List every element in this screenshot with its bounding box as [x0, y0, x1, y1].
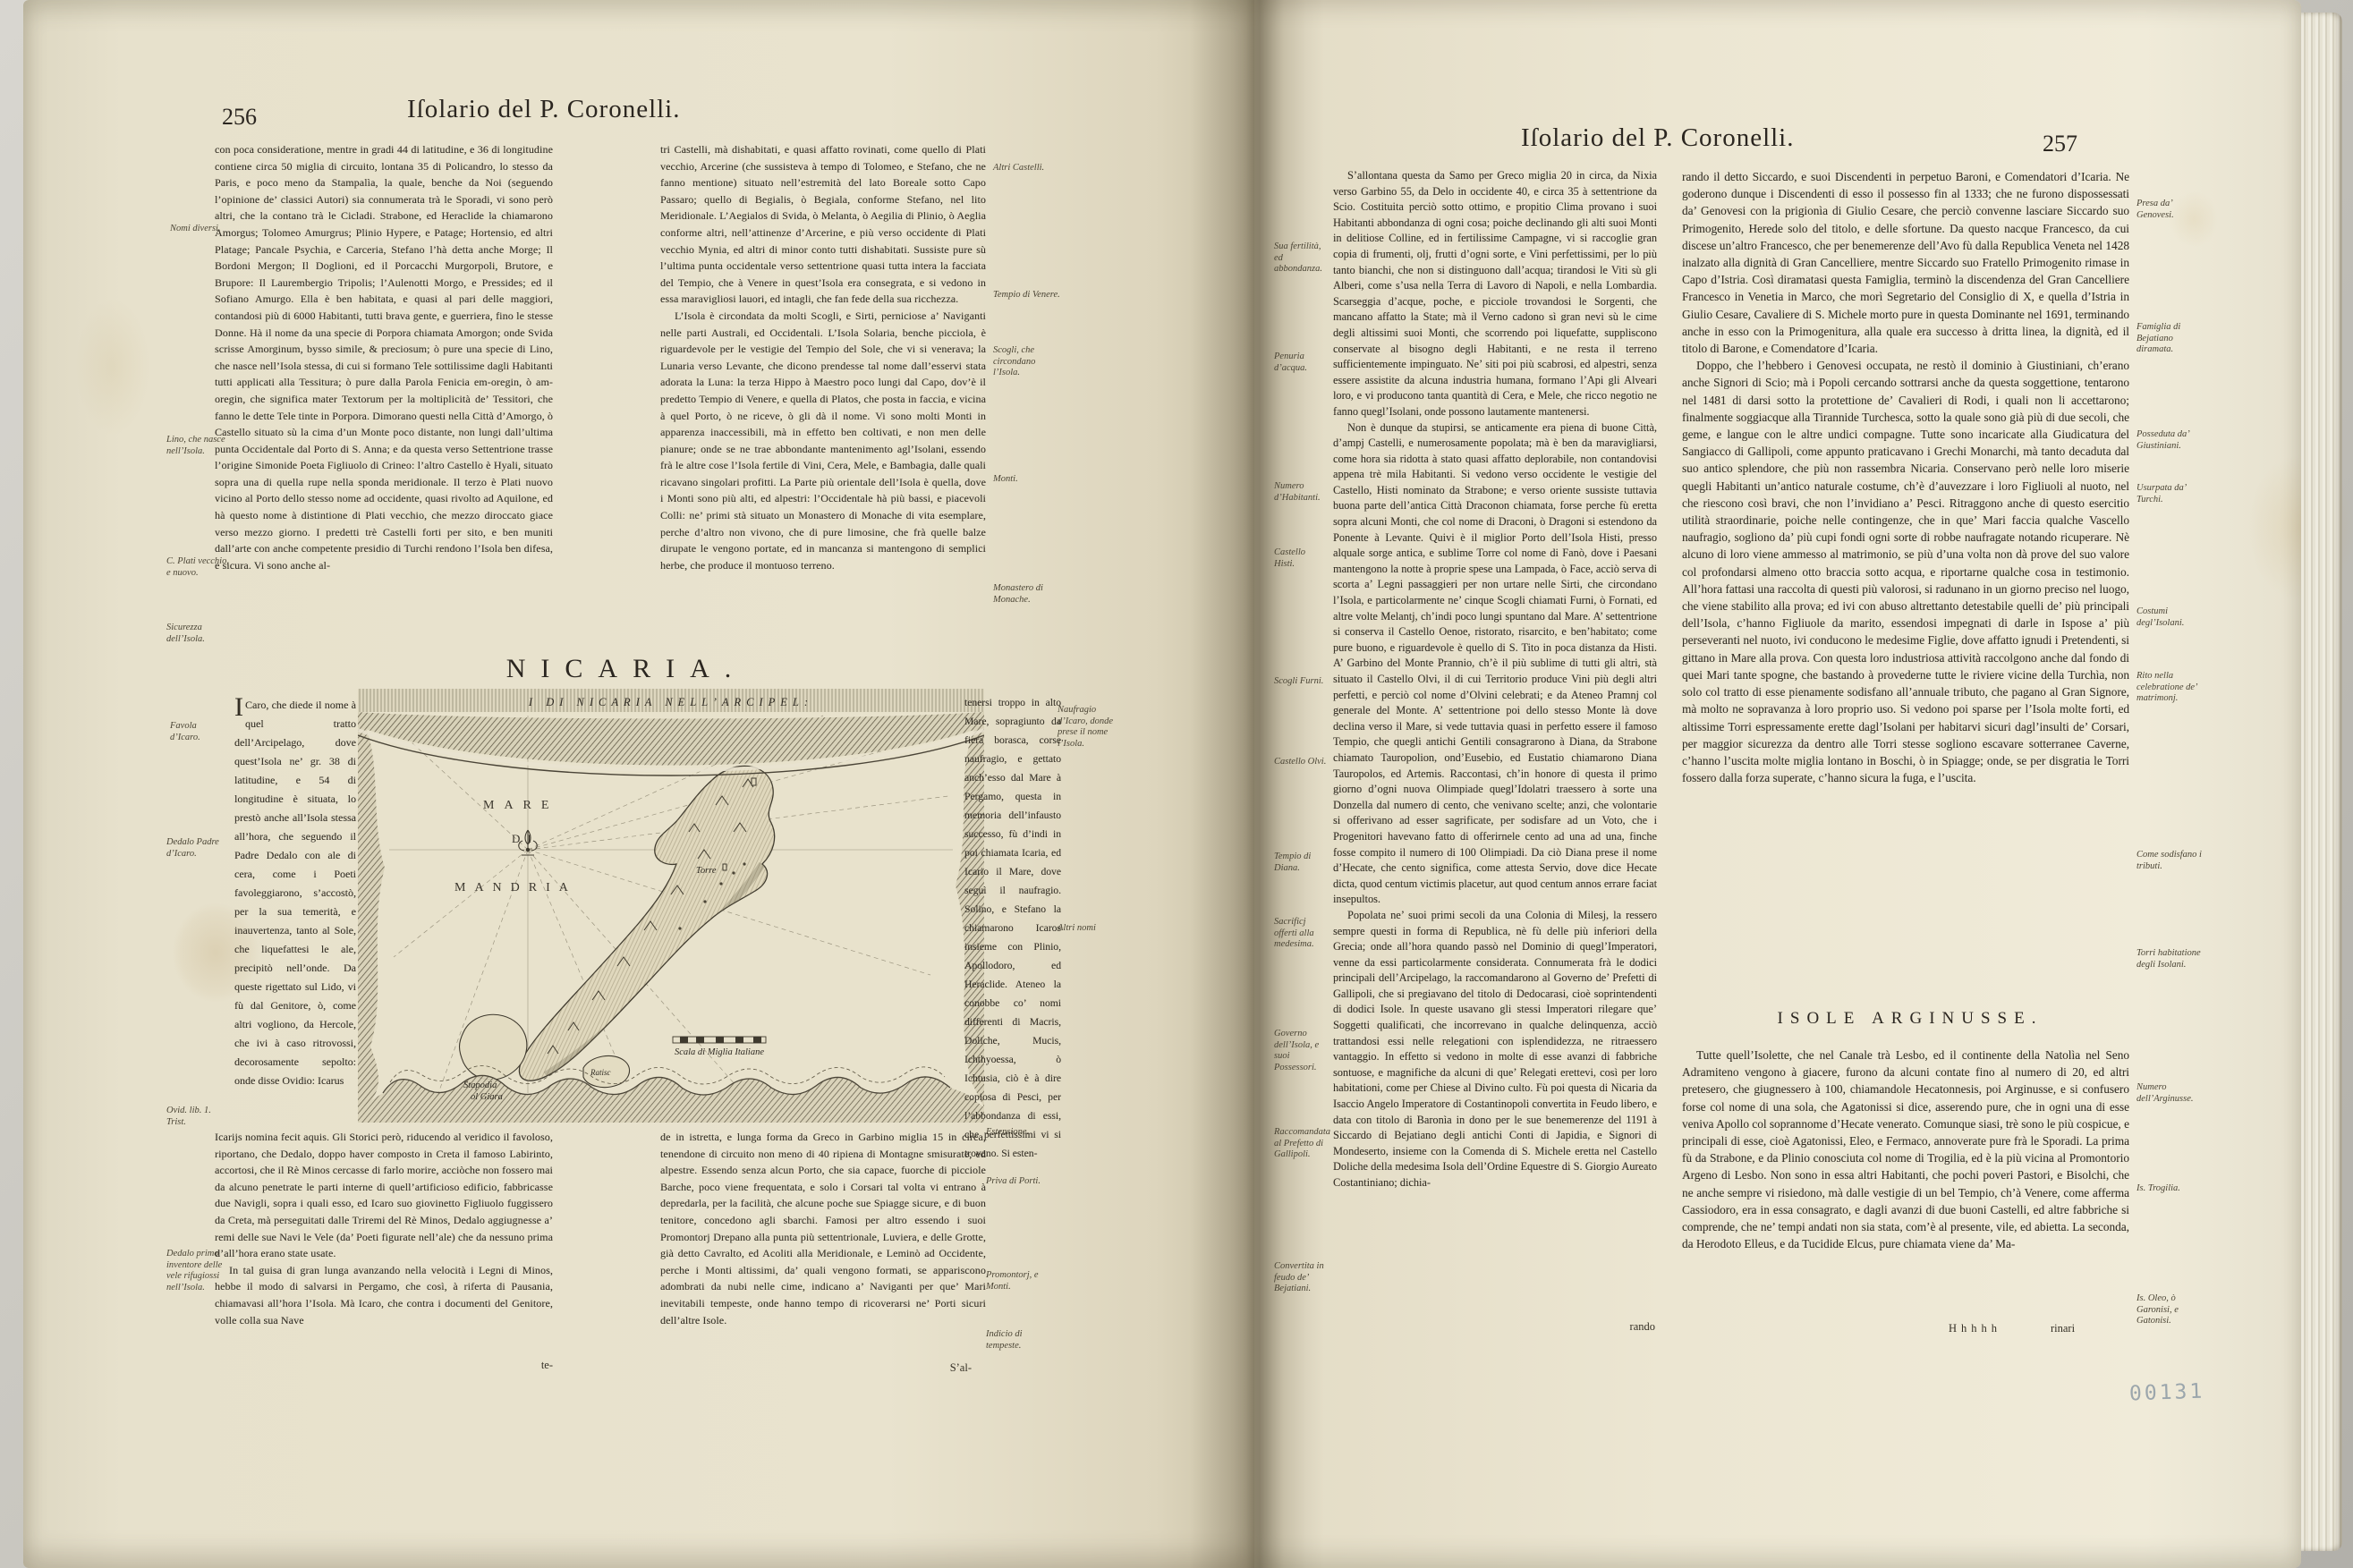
margin-note: Indicio di tempeste. — [986, 1329, 1050, 1352]
margin-note: Usurpata da’ Turchi. — [2136, 483, 2204, 505]
margin-note: Priva di Porti. — [986, 1176, 1050, 1188]
section-heading-arginusse: ISOLE ARGINUSSE. — [1700, 1009, 2120, 1029]
map-title-heading: NICARIA. — [376, 654, 877, 684]
margin-note: Convertita in feudo de’ Bejatiani. — [1274, 1261, 1328, 1295]
stapodia-label-2: ol Giara — [471, 1092, 503, 1102]
paragraph: tri Castelli, mà dishabitati, e quasi af… — [660, 141, 986, 308]
stapodia-label-1: Stapodia — [463, 1081, 497, 1090]
running-title-left: Iſolario del P. Coronelli. — [407, 95, 681, 124]
paragraph: Doppo, che l’hebbero i Genovesi occupata… — [1682, 357, 2129, 786]
page-edges — [2301, 13, 2342, 1551]
margin-note: Torri habitatione degli Isolani. — [2136, 948, 2204, 970]
paragraph: S’allontana questa da Samo per Greco mig… — [1333, 168, 1657, 420]
margin-note: Altri Castelli. — [993, 163, 1061, 174]
paragraph: In tal guisa di gran lunga avanzando nel… — [215, 1262, 553, 1328]
margin-note: Penuria d’acqua. — [1274, 352, 1328, 374]
paragraph: Non è dunque da stupirsi, se anticamente… — [1333, 420, 1657, 908]
margin-note: Presa da’ Genovesi. — [2136, 199, 2204, 221]
margin-note: Tempio di Venere. — [993, 290, 1061, 301]
margin-note: Famiglia di Bejatiano diramata. — [2136, 322, 2204, 356]
catchword: rinari — [2051, 1322, 2122, 1335]
right-column-2-arginusse: Tutte quell’Isolette, che nel Canale trà… — [1682, 1047, 2129, 1315]
margin-note: Is. Trogilia. — [2136, 1183, 2204, 1195]
torre-label: Torre — [696, 866, 717, 876]
margin-note: Monti. — [993, 474, 1061, 486]
left-narrow-column: ICaro, che diede il nome à quel tratto d… — [234, 696, 356, 1157]
margin-note: Promontorj, e Monti. — [986, 1270, 1050, 1293]
margin-note: Monastero di Monache. — [993, 583, 1061, 606]
margin-note: Come sodisfano i tributi. — [2136, 850, 2204, 872]
nicaria-map-engraving: I DI NICARIA NELL’ARCIPEL: MARE DI MANDR… — [358, 689, 984, 1123]
paragraph: Icarijs nomina fecit aquis. Gli Storici … — [215, 1129, 553, 1262]
margin-note: Costumi degl’Isolani. — [2136, 606, 2204, 629]
margin-note: Sua fertilità, ed abbondanza. — [1274, 242, 1328, 275]
left-column-2-top: tri Castelli, mà dishabitati, e quasi af… — [660, 141, 986, 649]
catchword: te- — [429, 1359, 553, 1372]
paragraph: Tutte quell’Isolette, che nel Canale trà… — [1682, 1047, 2129, 1252]
margin-note: Castello Histi. — [1274, 547, 1328, 570]
gathering-signature: Hhhhh — [1949, 1322, 2020, 1335]
catchword: rando — [1525, 1320, 1655, 1334]
margin-note: Sicurezza dell’Isola. — [166, 623, 229, 645]
margin-note: Scogli, che circondano l’Isola. — [993, 345, 1065, 379]
sea-label-di: DI — [512, 832, 539, 845]
margin-note: Posseduta da’ Giustiniani. — [2136, 429, 2204, 452]
margin-note: Lino, che nasce nell’Isola. — [166, 435, 229, 457]
margin-note: Ovid. lib. 1. Trist. — [166, 1106, 229, 1128]
margin-note: Favola d’Icaro. — [170, 721, 229, 743]
margin-note: Raccomandata al Prefetto di Gallipoli. — [1274, 1127, 1328, 1161]
margin-note: Castello Olvi. — [1274, 757, 1328, 768]
paragraph: rando il detto Siccardo, e suoi Discende… — [1682, 168, 2129, 357]
scale-bar — [673, 1037, 766, 1043]
catalog-number-stamp: 00131 — [2129, 1380, 2205, 1406]
sea-label-mandria: MANDRIA — [454, 881, 577, 894]
margin-note: Sacrificj offerti alla medesima. — [1274, 917, 1328, 951]
map-banner-label: I DI NICARIA NELL’ARCIPEL: — [528, 696, 813, 708]
left-column-1-bottom: Icarijs nomina fecit aquis. Gli Storici … — [215, 1129, 553, 1360]
margin-note: Rito nella celebratione de’ matrimonj. — [2136, 671, 2204, 705]
margin-note: Governo dell’Isola, e suoi Possessori. — [1274, 1029, 1328, 1073]
margin-note: Nomi diversi. — [170, 224, 229, 235]
book-spread-photo: 256 Iſolario del P. Coronelli. con poca … — [0, 0, 2353, 1568]
margin-note: Scogli Furni. — [1274, 676, 1328, 688]
page-number-left: 256 — [222, 104, 257, 131]
margin-note: Naufragio d’Icaro, donde prese il nome l… — [1058, 705, 1117, 750]
margin-note: Is. Oleo, ò Garonisi, e Gatonisi. — [2136, 1293, 2204, 1327]
left-column-1-top: con poca consideratione, mentre in gradi… — [215, 141, 553, 658]
page-number-right: 257 — [2043, 131, 2077, 157]
catchword: S’al- — [848, 1361, 972, 1375]
ratisc-label: Ratisc — [590, 1068, 611, 1077]
margin-note: Numero dell’Arginusse. — [2136, 1082, 2204, 1105]
left-column-2-bottom: de in istretta, e lunga forma da Greco i… — [660, 1129, 986, 1361]
scale-label: Scala di Miglia Italiane — [675, 1047, 764, 1057]
running-title-right: Iſolario del P. Coronelli. — [1521, 123, 1795, 153]
margin-note: Tempio di Diana. — [1274, 852, 1328, 874]
margin-note: Dedalo Padre d’Icaro. — [166, 837, 229, 860]
right-column-2: rando il detto Siccardo, e suoi Discende… — [1682, 168, 2129, 1005]
sea-label-mare: MARE — [483, 799, 558, 812]
paper-stain — [59, 268, 166, 465]
margin-note: Numero d’Habitanti. — [1274, 481, 1328, 504]
paragraph: Popolata ne’ suoi primi secoli da una Co… — [1333, 908, 1657, 1191]
paragraph: L’Isola è circondata da molti Scogli, e … — [660, 308, 986, 574]
right-narrow-column: tenersi troppo in alto Mare, sopragiunto… — [964, 693, 1061, 1160]
right-column-1: S’allontana questa da Samo per Greco mig… — [1333, 168, 1657, 1320]
margin-note: C. Plati vecchio, e nuovo. — [166, 556, 229, 579]
margin-note: Altri nomi — [1058, 923, 1117, 935]
